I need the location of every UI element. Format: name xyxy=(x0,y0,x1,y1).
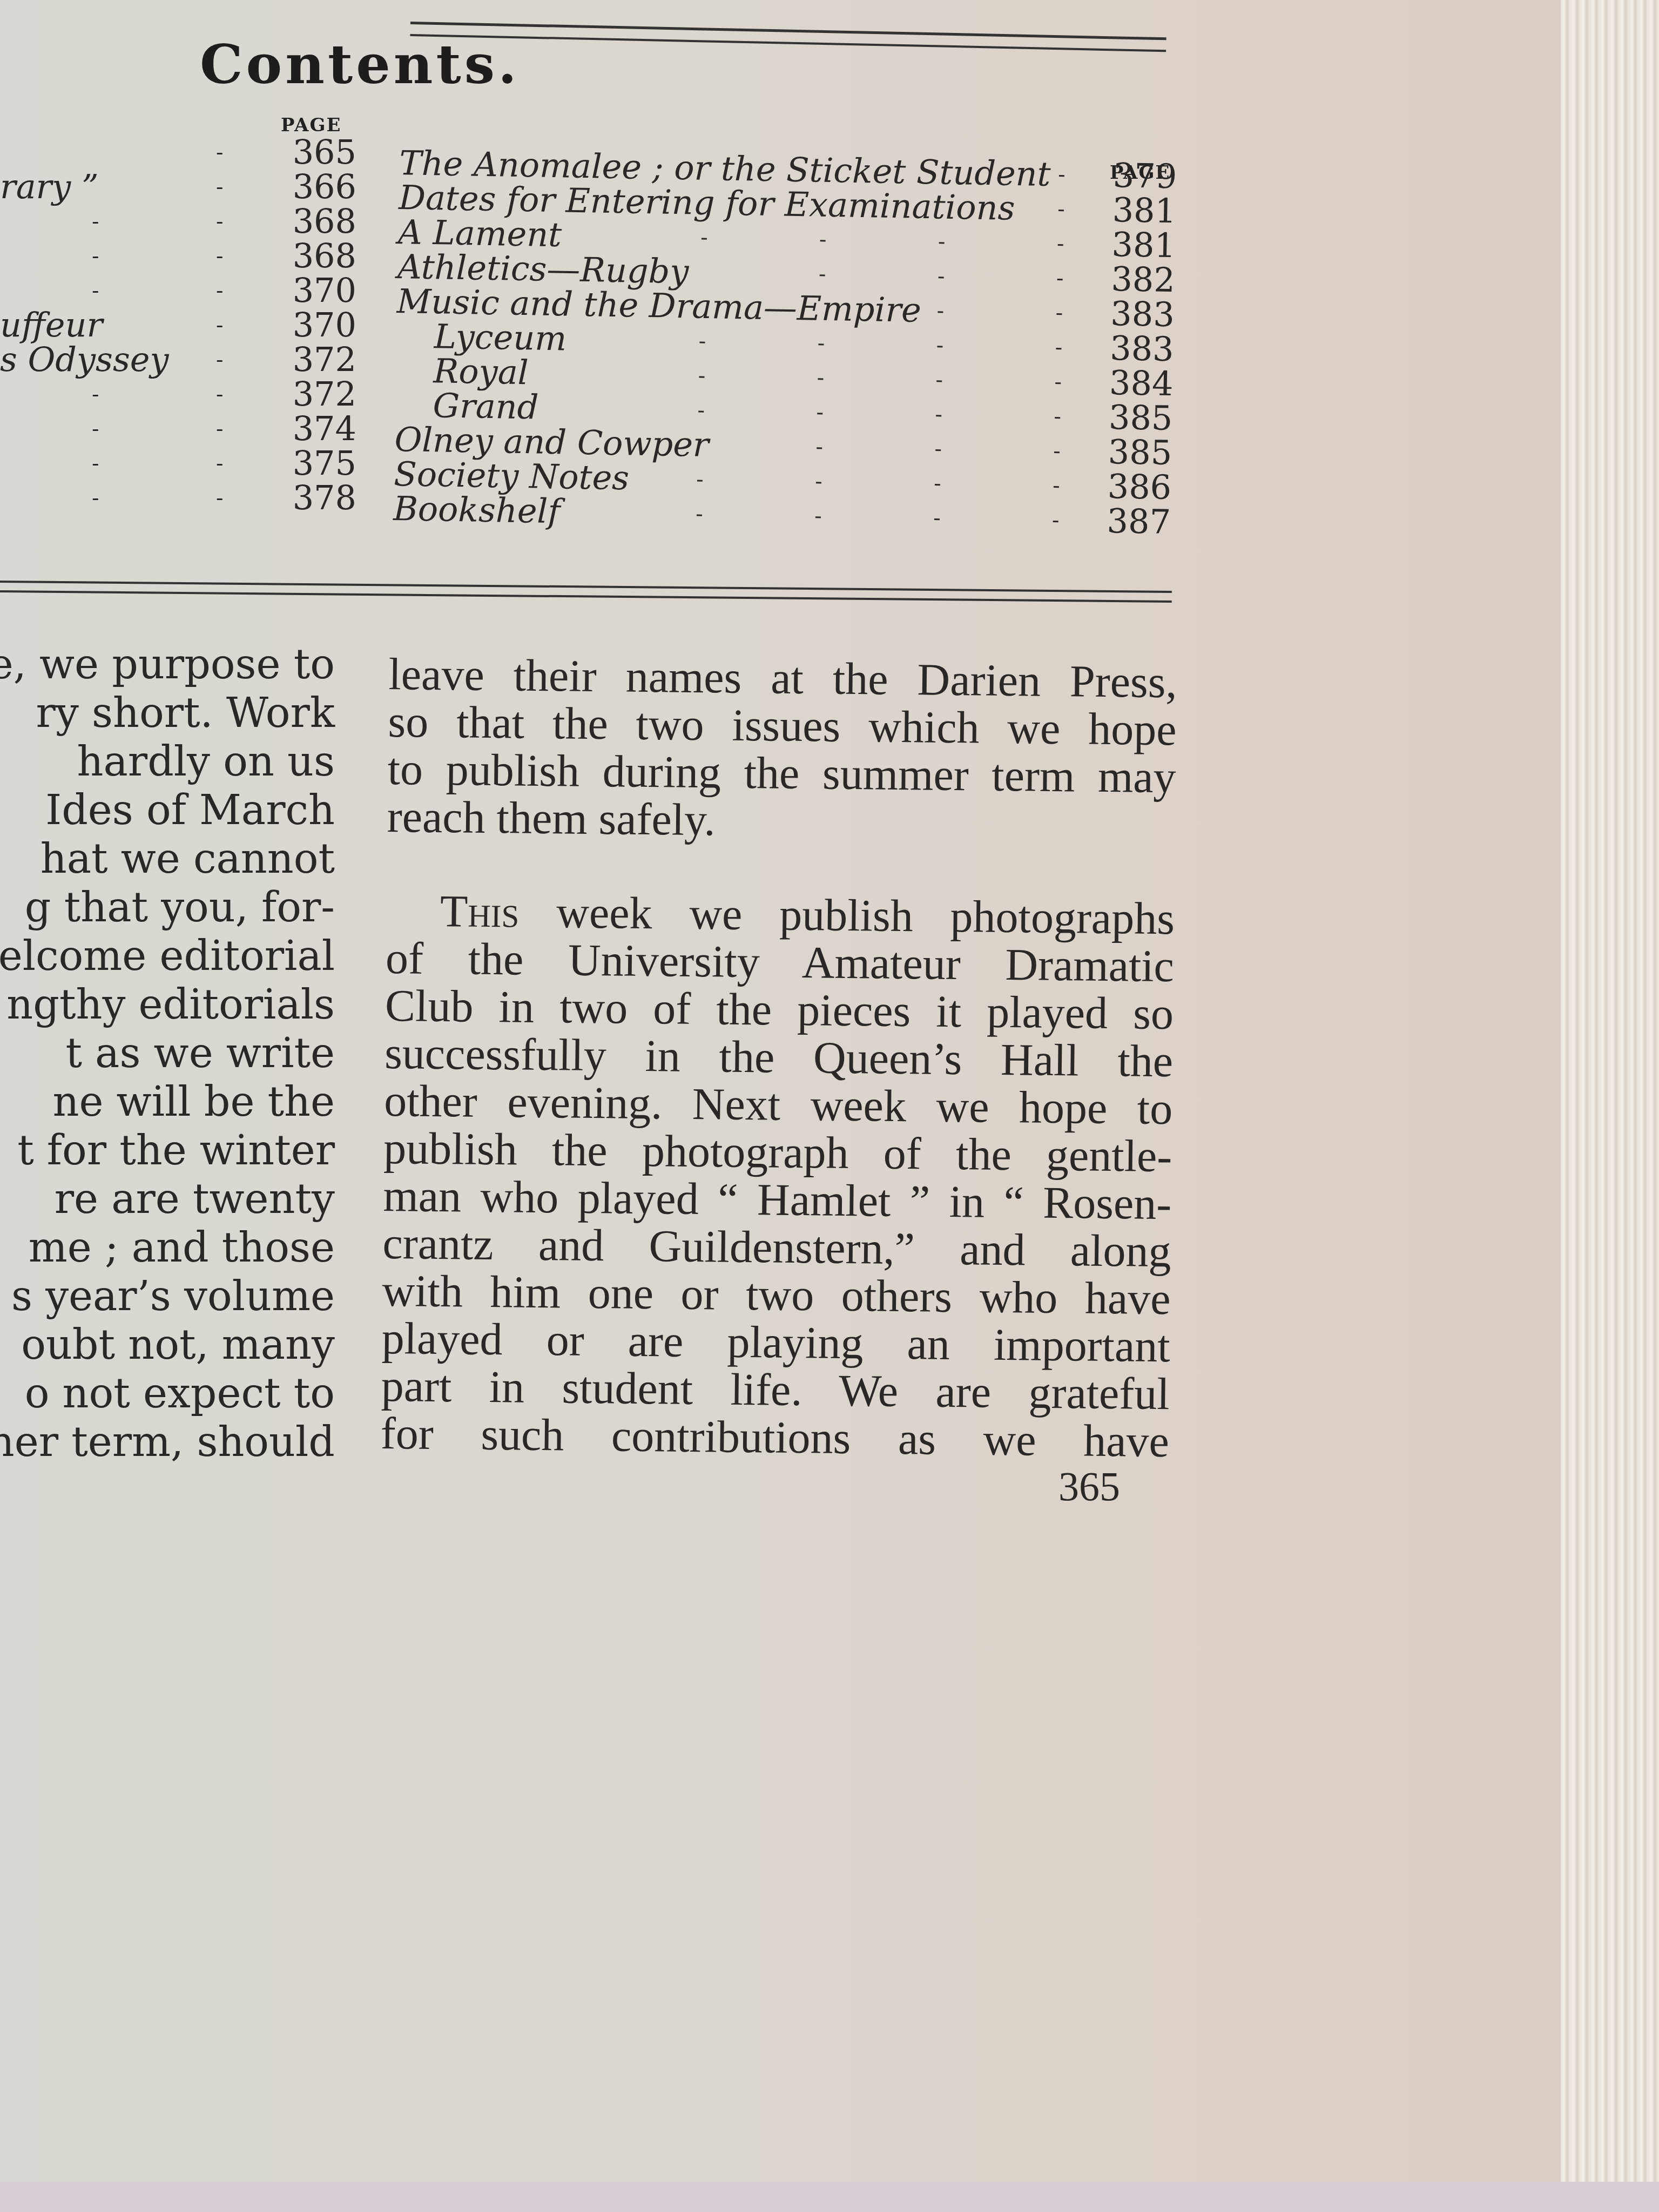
text-line: ry short. Work xyxy=(0,689,335,737)
text-line: hat we cannot xyxy=(0,834,335,883)
text-line: ne will be the xyxy=(0,1077,335,1126)
text-line: Ides of March xyxy=(0,786,335,834)
toc-entry: --372 xyxy=(0,377,356,412)
toc-entry: --374 xyxy=(0,412,356,446)
text-line: me ; and those xyxy=(0,1223,335,1272)
text-line: g that you, for- xyxy=(0,883,335,932)
toc-left-column: -365 rary ”-366 --368 --368 --370 uffeur… xyxy=(0,135,356,515)
book-page: Contents. PAGE PAGE -365 rary ”-366 --36… xyxy=(0,0,1588,2193)
text-line: e, we purpose to xyxy=(0,640,335,689)
toc-entry: uffeur-370 xyxy=(0,308,356,342)
text-line: elcome editorial xyxy=(0,932,335,980)
text-line: ngthy editorials xyxy=(0,980,335,1029)
toc-entry: --378 xyxy=(0,481,356,515)
page-number: 365 xyxy=(1058,1464,1120,1510)
toc-entry: rary ”-366 xyxy=(0,170,356,204)
paragraph-photographs: This week we publish photographs of the … xyxy=(380,887,1175,1466)
contents-heading: Contents. xyxy=(200,32,520,96)
paragraph-darien-press: leave their names at the Darien Press, s… xyxy=(387,651,1177,849)
toc-right-column: The Anomalee ; or the Sticket Student-37… xyxy=(393,146,1177,539)
text-line: re are twenty xyxy=(0,1175,335,1223)
text-line: o not expect to xyxy=(0,1369,335,1418)
top-double-rule xyxy=(410,22,1166,52)
section-double-rule xyxy=(0,581,1172,603)
text-line: hardly on us xyxy=(0,737,335,786)
text-line: s year’s volume xyxy=(0,1272,335,1320)
background-surface xyxy=(0,2182,1659,2212)
toc-entry: s Odyssey-372 xyxy=(0,342,356,377)
toc-entry: --368 xyxy=(0,239,356,273)
toc-entry: --368 xyxy=(0,204,356,239)
text-line: ner term, should xyxy=(0,1418,335,1466)
body-right-column: leave their names at the Darien Press, s… xyxy=(380,651,1177,1466)
page-edges xyxy=(1561,0,1659,2212)
toc-entry: --370 xyxy=(0,273,356,308)
text-line: t for the winter xyxy=(0,1126,335,1175)
text-line: t as we write xyxy=(0,1029,335,1077)
body-left-column: e, we purpose to ry short. Work hardly o… xyxy=(0,640,335,1466)
toc-entry: --375 xyxy=(0,446,356,481)
text-line: oubt not, many xyxy=(0,1320,335,1369)
toc-entry: -365 xyxy=(0,135,356,170)
